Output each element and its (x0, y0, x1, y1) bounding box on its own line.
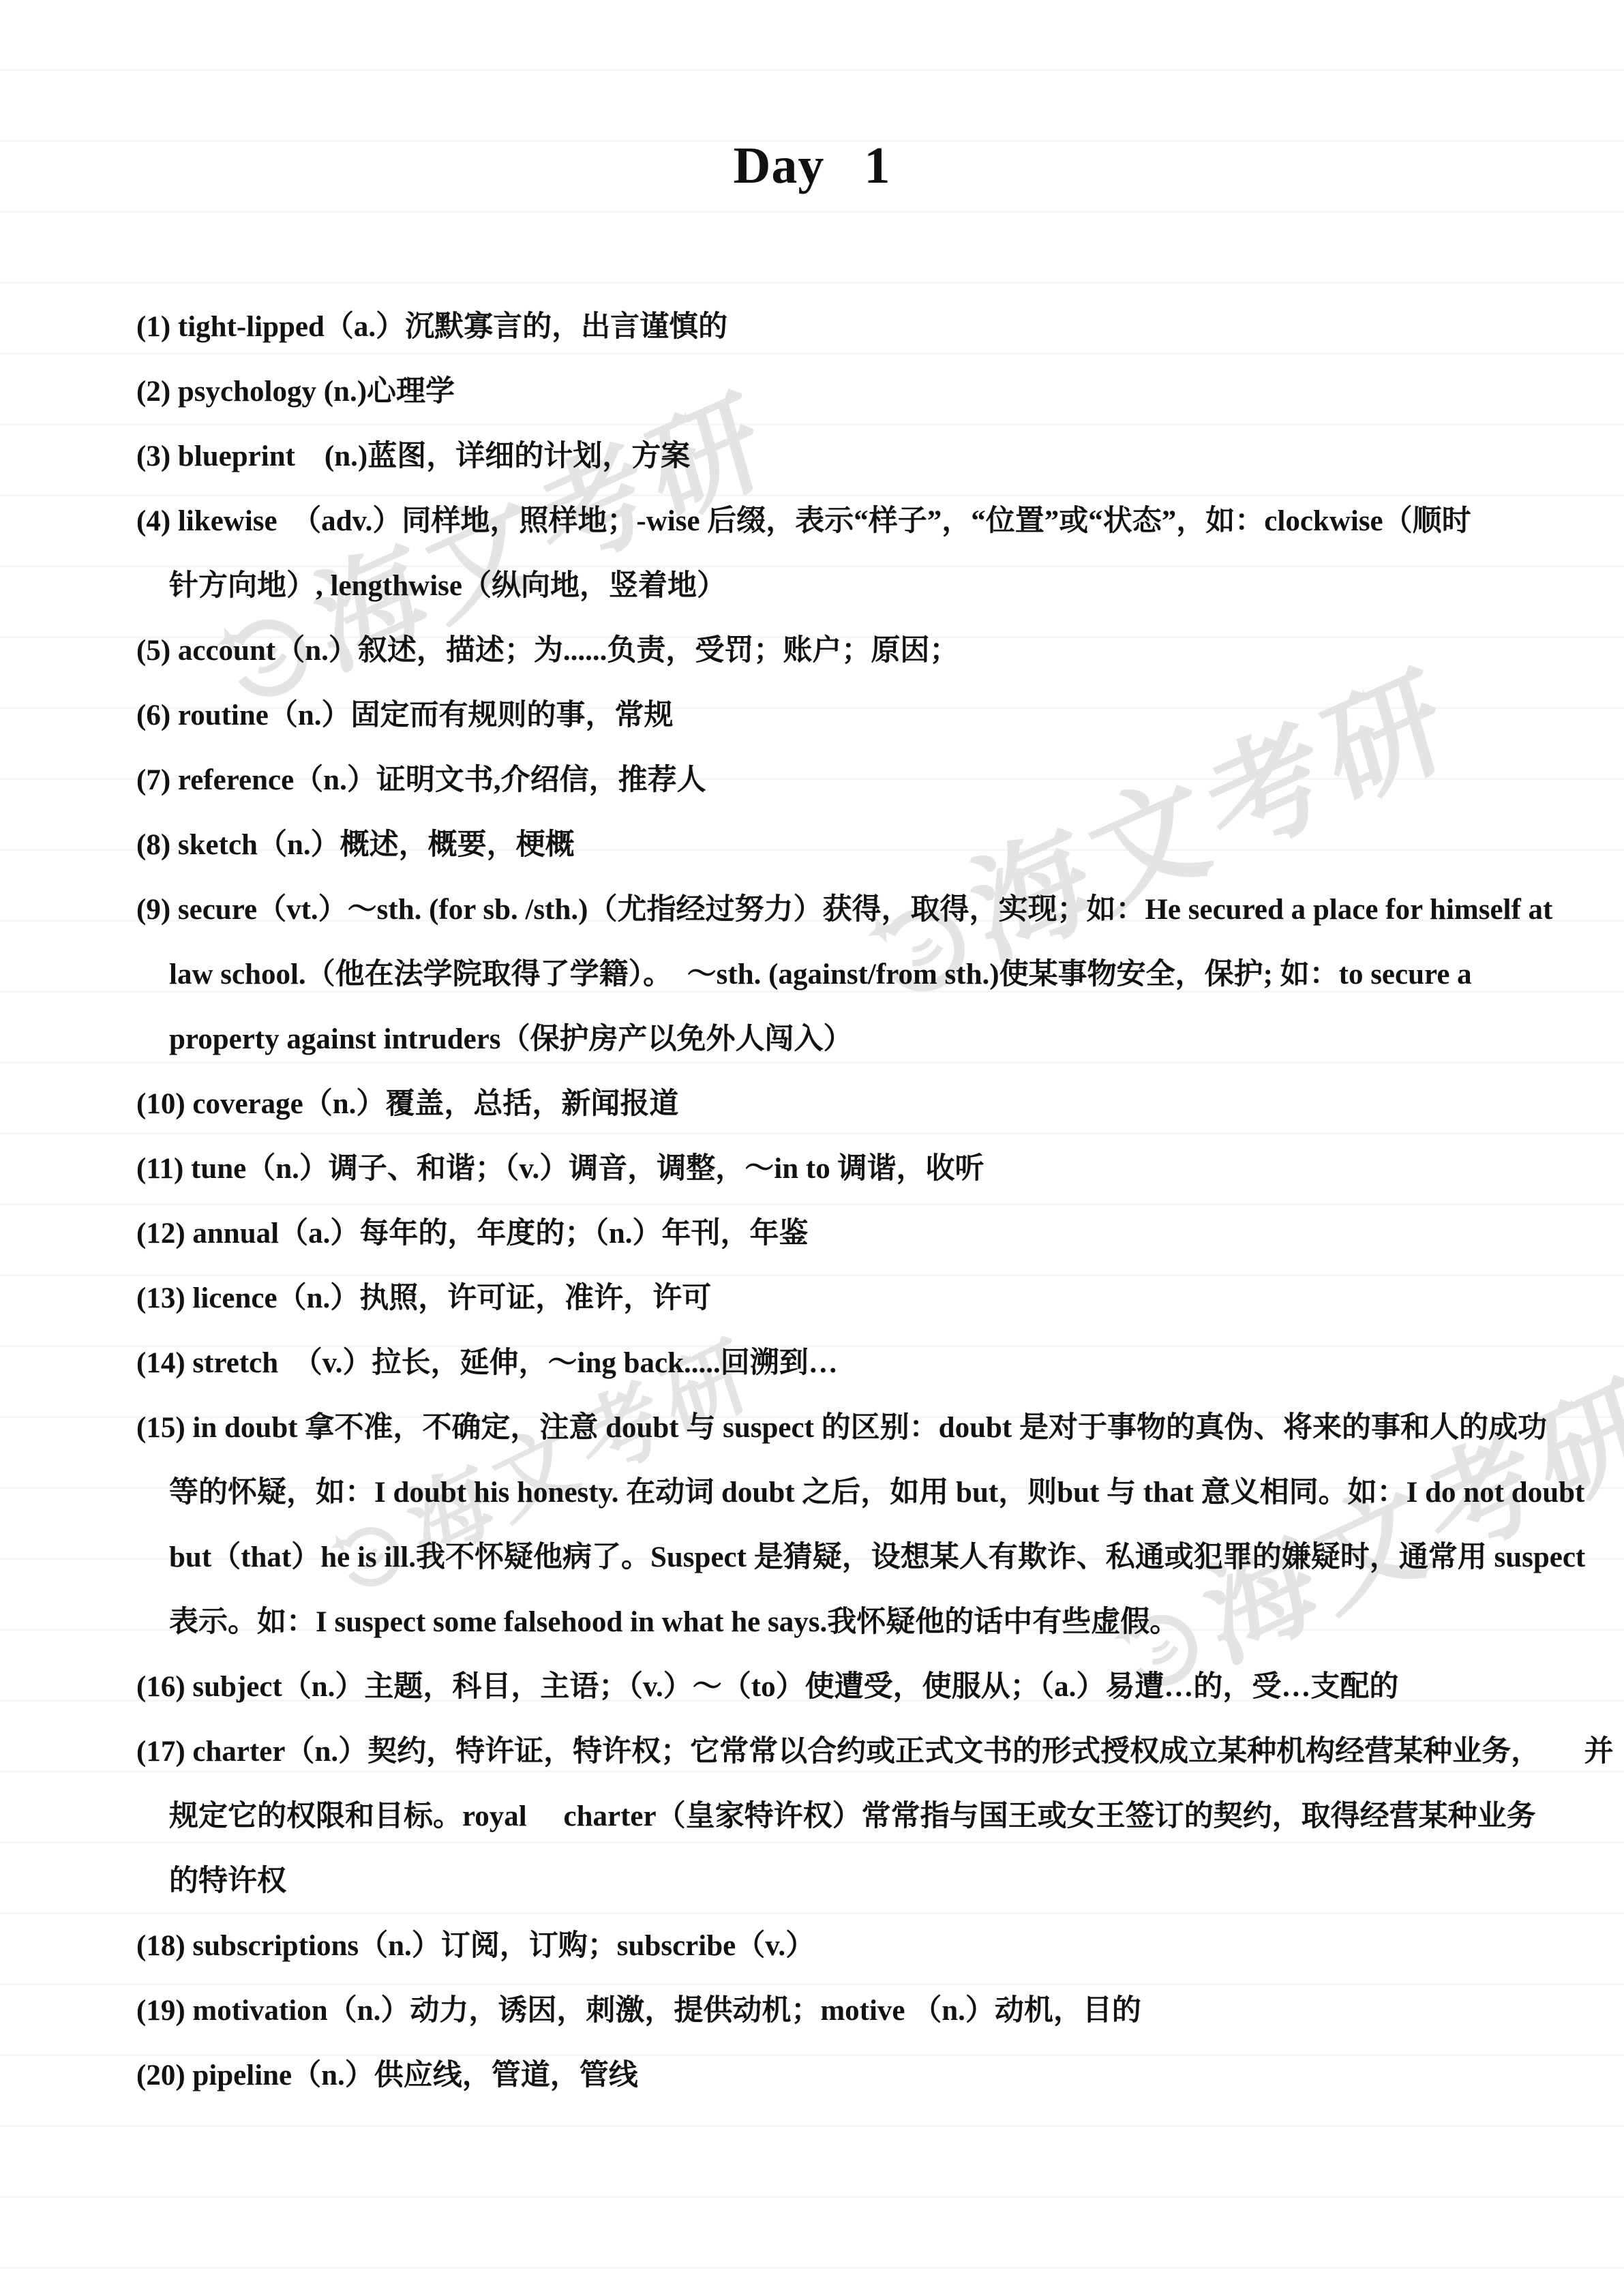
page-title: Day1 (0, 136, 1624, 196)
vocab-item-continuation-line: 规定它的权限和目标。royal charter（皇家特许权）常常指与国王或女王签… (136, 1784, 1568, 1849)
document-page: 海文考研 海文考研 海文考研 (0, 0, 1624, 2296)
vocab-item-line: (15) in doubt 拿不准，不确定，注意 doubt 与 suspect… (136, 1395, 1568, 1460)
vocab-item-line: (16) subject（n.）主题，科目，主语；（v.）～（to）使遭受，使服… (136, 1655, 1568, 1719)
vocab-item-line: (6) routine（n.）固定而有规则的事，常规 (136, 683, 1568, 748)
vocab-item-line: (19) motivation（n.）动力，诱因，刺激，提供动机；motive … (136, 1978, 1568, 2043)
vocab-item-line: (13) licence（n.）执照，许可证，准许，许可 (136, 1266, 1568, 1331)
vocab-item-line: (18) subscriptions（n.）订阅，订购；subscribe（v.… (136, 1914, 1568, 1978)
title-number: 1 (864, 137, 890, 194)
vocab-item-line: (9) secure（vt.）～sth. (for sb. /sth.)（尤指经… (136, 877, 1568, 942)
vocab-item-continuation-line: law school.（他在法学院取得了学籍）。 ～sth. (against/… (136, 942, 1568, 1007)
vocab-item-line: (10) coverage（n.）覆盖，总括，新闻报道 (136, 1072, 1568, 1136)
vocab-item-line: (2) psychology (n.)心理学 (136, 359, 1568, 424)
vocab-item-continuation-line: property against intruders（保护房产以免外人闯入） (136, 1007, 1568, 1072)
vocab-item-line: (3) blueprint (n.)蓝图，详细的计划，方案 (136, 424, 1568, 489)
vocab-item-line: (17) charter（n.）契约，特许证，特许权；它常常以合约或正式文书的形… (136, 1719, 1568, 1784)
vocab-item-line: (14) stretch （v.）拉长，延伸，～ing back.....回溯到… (136, 1331, 1568, 1395)
vocabulary-list: (1) tight-lipped（a.）沉默寡言的，出言谨慎的(2) psych… (136, 294, 1568, 2108)
vocab-item-continuation-line: 表示。如：I suspect some falsehood in what he… (136, 1590, 1568, 1655)
vocab-item-continuation-line: 等的怀疑，如：I doubt his honesty. 在动词 doubt 之后… (136, 1460, 1568, 1525)
title-word: Day (734, 137, 825, 194)
vocab-item-continuation-line: 的特许权 (136, 1849, 1568, 1914)
vocab-item-continuation-line: but（that）he is ill.我不怀疑他病了。Suspect 是猜疑，设… (136, 1525, 1568, 1590)
vocab-item-line: (20) pipeline（n.）供应线，管道，管线 (136, 2043, 1568, 2108)
vocab-item-line: (7) reference（n.）证明文书,介绍信，推荐人 (136, 748, 1568, 813)
vocab-item-line: (12) annual（a.）每年的，年度的；（n.）年刊，年鉴 (136, 1201, 1568, 1266)
vocab-item-line: (5) account（n.）叙述，描述；为......负责，受罚；账户；原因； (136, 618, 1568, 683)
vocab-item-line: (1) tight-lipped（a.）沉默寡言的，出言谨慎的 (136, 294, 1568, 359)
vocab-item-line: (11) tune（n.）调子、和谐；（v.）调音，调整，～in to 调谐，收… (136, 1136, 1568, 1201)
vocab-item-continuation-line: 针方向地）, lengthwise（纵向地，竖着地） (136, 554, 1568, 618)
vocab-item-line: (4) likewise （adv.）同样地，照样地；-wise 后缀，表示“样… (136, 489, 1568, 554)
vocab-item-line: (8) sketch（n.）概述，概要，梗概 (136, 813, 1568, 877)
